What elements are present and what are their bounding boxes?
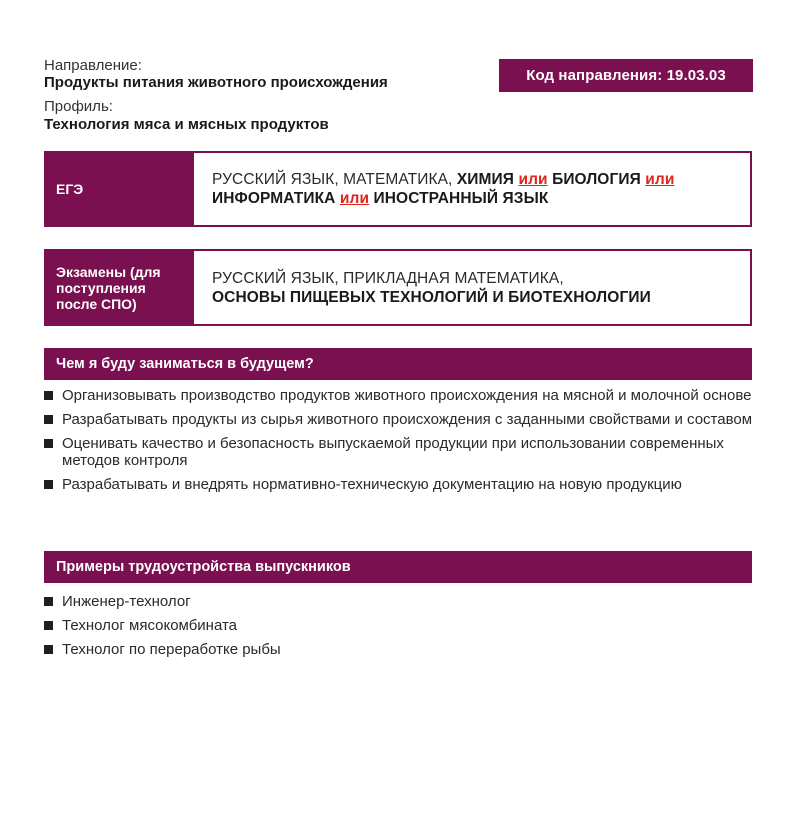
subject-text: ИНФОРМАТИКА	[212, 190, 335, 207]
employment-example-item: Инженер-технолог	[44, 593, 754, 610]
square-bullet-icon	[44, 621, 53, 630]
exam-label-ege: ЕГЭ	[46, 153, 194, 225]
future-activity-item: Организовывать производство продуктов жи…	[44, 387, 754, 404]
exam-subjects-line1: РУССКИЙ ЯЗЫК, ПРИКЛАДНАЯ МАТЕМАТИКА,	[212, 269, 651, 288]
section-header-future: Чем я буду заниматься в будущем?	[44, 348, 752, 380]
square-bullet-icon	[44, 480, 53, 489]
square-bullet-icon	[44, 391, 53, 400]
square-bullet-icon	[44, 597, 53, 606]
future-activities-list: Организовывать производство продуктов жи…	[44, 387, 754, 500]
profile-label: Профиль:	[44, 98, 113, 116]
subject-text: РУССКИЙ ЯЗЫК, МАТЕМАТИКА,	[212, 171, 457, 188]
list-item-text: Разрабатывать продукты из сырья животног…	[62, 411, 752, 428]
profile-value: Технология мяса и мясных продуктов	[44, 116, 329, 134]
exam-subjects-ege: РУССКИЙ ЯЗЫК, МАТЕМАТИКА, ХИМИЯ или БИОЛ…	[194, 153, 722, 225]
section-header-employment: Примеры трудоустройства выпускников	[44, 551, 752, 583]
or-connector: или	[645, 171, 674, 188]
employment-example-item: Технолог по переработке рыбы	[44, 641, 754, 658]
list-item-text: Инженер-технолог	[62, 593, 191, 610]
exam-subjects-line2: ОСНОВЫ ПИЩЕВЫХ ТЕХНОЛОГИЙ И БИОТЕХНОЛОГИ…	[212, 288, 651, 307]
list-item-text: Организовывать производство продуктов жи…	[62, 387, 752, 404]
exam-subjects-text: РУССКИЙ ЯЗЫК, МАТЕМАТИКА, ХИМИЯ или БИОЛ…	[212, 170, 722, 208]
direction-code-badge: Код направления: 19.03.03	[499, 59, 753, 92]
or-connector: или	[518, 171, 547, 188]
employment-examples-list: Инженер-технологТехнолог мясокомбинатаТе…	[44, 593, 754, 665]
subject-text: ХИМИЯ	[457, 171, 514, 188]
exam-label-spo: Экзамены (для поступления после СПО)	[46, 251, 194, 324]
list-item-text: Оценивать качество и безопасность выпуск…	[62, 435, 724, 469]
future-activity-item: Оценивать качество и безопасность выпуск…	[44, 435, 754, 469]
square-bullet-icon	[44, 439, 53, 448]
exam-box-ege: ЕГЭ РУССКИЙ ЯЗЫК, МАТЕМАТИКА, ХИМИЯ или …	[44, 151, 752, 227]
future-activity-item: Разрабатывать продукты из сырья животног…	[44, 411, 754, 428]
or-connector: или	[340, 190, 369, 207]
employment-example-item: Технолог мясокомбината	[44, 617, 754, 634]
subject-text: ИНОСТРАННЫЙ ЯЗЫК	[374, 190, 549, 207]
list-item-text: Разрабатывать и внедрять нормативно-техн…	[62, 476, 682, 493]
exam-box-spo: Экзамены (для поступления после СПО) РУС…	[44, 249, 752, 326]
square-bullet-icon	[44, 415, 53, 424]
square-bullet-icon	[44, 645, 53, 654]
exam-subjects-spo: РУССКИЙ ЯЗЫК, ПРИКЛАДНАЯ МАТЕМАТИКА, ОСН…	[194, 251, 651, 324]
subject-text: БИОЛОГИЯ	[552, 171, 641, 188]
future-activity-item: Разрабатывать и внедрять нормативно-техн…	[44, 476, 754, 493]
list-item-text: Технолог по переработке рыбы	[62, 641, 281, 658]
direction-value: Продукты питания животного происхождения	[44, 74, 388, 92]
list-item-text: Технолог мясокомбината	[62, 617, 237, 634]
direction-label: Направление:	[44, 57, 142, 75]
